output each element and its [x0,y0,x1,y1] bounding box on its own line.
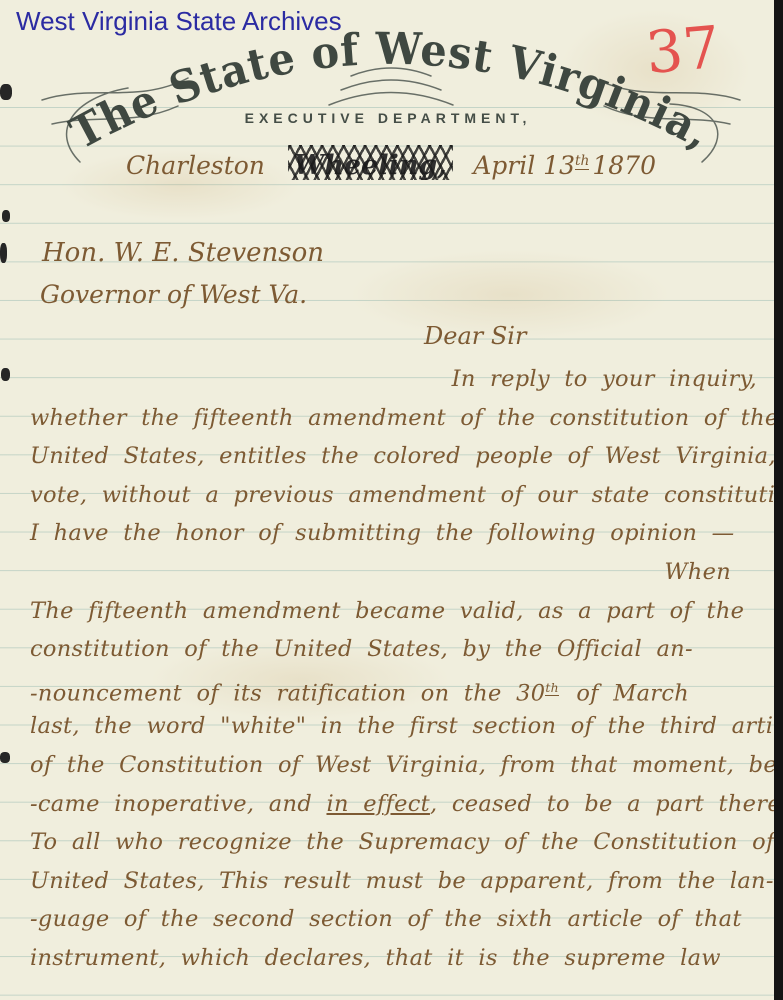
letter-line: -nouncement of its ratification on the 3… [30,669,757,708]
dateline-ordinal: th [575,153,589,170]
letter-line-segment: , ceased to be a part thereof — [430,791,783,817]
letter-line: of the Constitution of West Virginia, fr… [30,746,757,785]
letter-line: instrument, which declares, that it is t… [30,939,757,978]
letter-line: To all who recognize the Supremacy of th… [30,823,757,862]
letter-line-segment: -came inoperative, and [30,791,326,817]
letter-body: In reply to your inquiry, whether the fi… [30,360,757,978]
letter-line: -guage of the second section of the sixt… [30,900,757,939]
letterhead-department: EXECUTIVE DEPARTMENT, [38,110,738,126]
letter-line: When [30,553,757,592]
document-page: The State of West Virginia, EXECUTIVE DE… [0,0,783,1000]
dateline-city: Charleston [126,151,265,180]
dateline: Charleston Wheeling, April 13th1870 [126,150,712,181]
letterhead-title: The State of West Virginia, [62,24,719,160]
letter-line: I have the honor of submitting the follo… [30,514,757,553]
letter-line-segment: -nouncement of its ratification on the 3… [30,680,545,706]
letter-line: The fifteenth amendment became valid, as… [30,592,757,631]
letter-line: constitution of the United States, by th… [30,630,757,669]
underlined-phrase: in effect [326,791,429,817]
letter-line: United States, entitles the colored peop… [30,437,757,476]
letter-line: -came inoperative, and in effect, ceased… [30,785,757,824]
letter-line-segment: of March [562,680,689,706]
scan-artifact [0,752,10,763]
salutation: Dear Sir [424,322,526,350]
dateline-year: 1870 [592,151,656,180]
recipient-title: Governor of West Va. [40,280,307,309]
dateline-month-day: April 13 [473,151,575,180]
scan-artifact [1,368,10,381]
scan-artifact [0,84,12,100]
page-number-annotation: 37 [643,13,722,87]
letter-line: United States, This result must be appar… [30,862,757,901]
svg-text:The State of West Virginia,: The State of West Virginia, [62,24,719,160]
archive-watermark: West Virginia State Archives [16,6,342,37]
dateline-struck-city: Wheeling, [291,150,450,181]
scan-artifact [0,243,7,263]
scan-artifact [2,210,10,222]
letter-line: vote, without a previous amendment of ou… [30,476,757,515]
scan-border [774,0,783,1000]
letter-line: last, the word "white" in the first sect… [30,707,757,746]
letter-line: whether the fifteenth amendment of the c… [30,399,757,438]
ordinal-superscript: th [545,681,559,696]
dateline-date: April 13th1870 [473,151,712,180]
letter-line: In reply to your inquiry, [30,360,757,399]
recipient-name: Hon. W. E. Stevenson [42,238,324,268]
